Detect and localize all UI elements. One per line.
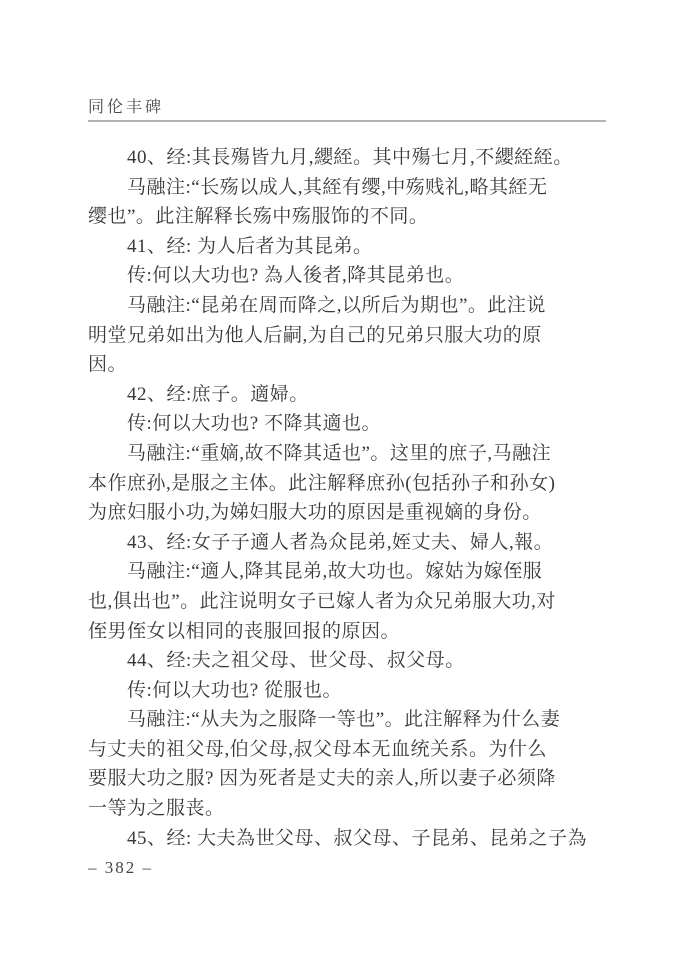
text-line: 缨也”。此注解释长殇中殇服饰的不同。 bbox=[88, 202, 612, 232]
text-line: 传:何以大功也? 為人後者,降其昆弟也。 bbox=[88, 261, 612, 291]
text-line: 要服大功之服? 因为死者是丈夫的亲人,所以妻子必须降 bbox=[88, 764, 612, 794]
text-line: 因。 bbox=[88, 350, 612, 380]
text-line: 42、经:庶子。適婦。 bbox=[88, 380, 612, 410]
text-line: 40、经:其長殤皆九月,纓絰。其中殤七月,不纓絰絰。 bbox=[88, 143, 612, 173]
text-line: 马融注:“长殇以成人,其絰有缨,中殇贱礼,略其絰无 bbox=[88, 173, 612, 203]
header-rule bbox=[88, 120, 606, 122]
text-line: 明堂兄弟如出为他人后嗣,为自己的兄弟只服大功的原 bbox=[88, 321, 612, 351]
text-line: 侄男侄女以相同的丧服回报的原因。 bbox=[88, 617, 612, 647]
book-page: 同伦丰碑 40、经:其長殤皆九月,纓絰。其中殤七月,不纓絰絰。马融注:“长殇以成… bbox=[0, 0, 692, 968]
text-line: 马融注:“从夫为之服降一等也”。此注解释为什么妻 bbox=[88, 705, 612, 735]
text-line: 与丈夫的祖父母,伯父母,叔父母本无血统关系。为什么 bbox=[88, 735, 612, 765]
text-line: 传:何以大功也? 不降其適也。 bbox=[88, 409, 612, 439]
text-line: 43、经:女子子適人者為众昆弟,姪丈夫、婦人,報。 bbox=[88, 528, 612, 558]
page-number: – 382 – bbox=[88, 858, 153, 878]
body-text: 40、经:其長殤皆九月,纓絰。其中殤七月,不纓絰絰。马融注:“长殇以成人,其絰有… bbox=[88, 143, 612, 853]
running-header: 同伦丰碑 bbox=[88, 94, 164, 117]
text-line: 一等为之服丧。 bbox=[88, 794, 612, 824]
text-line: 马融注:“昆弟在周而降之,以所后为期也”。此注说 bbox=[88, 291, 612, 321]
text-line: 44、经:夫之祖父母、世父母、叔父母。 bbox=[88, 646, 612, 676]
text-line: 马融注:“適人,降其昆弟,故大功也。嫁姑为嫁侄服 bbox=[88, 557, 612, 587]
text-line: 为庶妇服小功,为娣妇服大功的原因是重视嫡的身份。 bbox=[88, 498, 612, 528]
text-line: 45、经: 大夫為世父母、叔父母、子昆弟、昆弟之子為 bbox=[88, 824, 612, 854]
text-line: 本作庶孙,是服之主体。此注解释庶孙(包括孙子和孙女) bbox=[88, 469, 612, 499]
text-line: 马融注:“重嫡,故不降其适也”。这里的庶子,马融注 bbox=[88, 439, 612, 469]
text-line: 也,俱出也”。此注说明女子已嫁人者为众兄弟服大功,对 bbox=[88, 587, 612, 617]
text-line: 41、经: 为人后者为其昆弟。 bbox=[88, 232, 612, 262]
text-line: 传:何以大功也? 從服也。 bbox=[88, 676, 612, 706]
